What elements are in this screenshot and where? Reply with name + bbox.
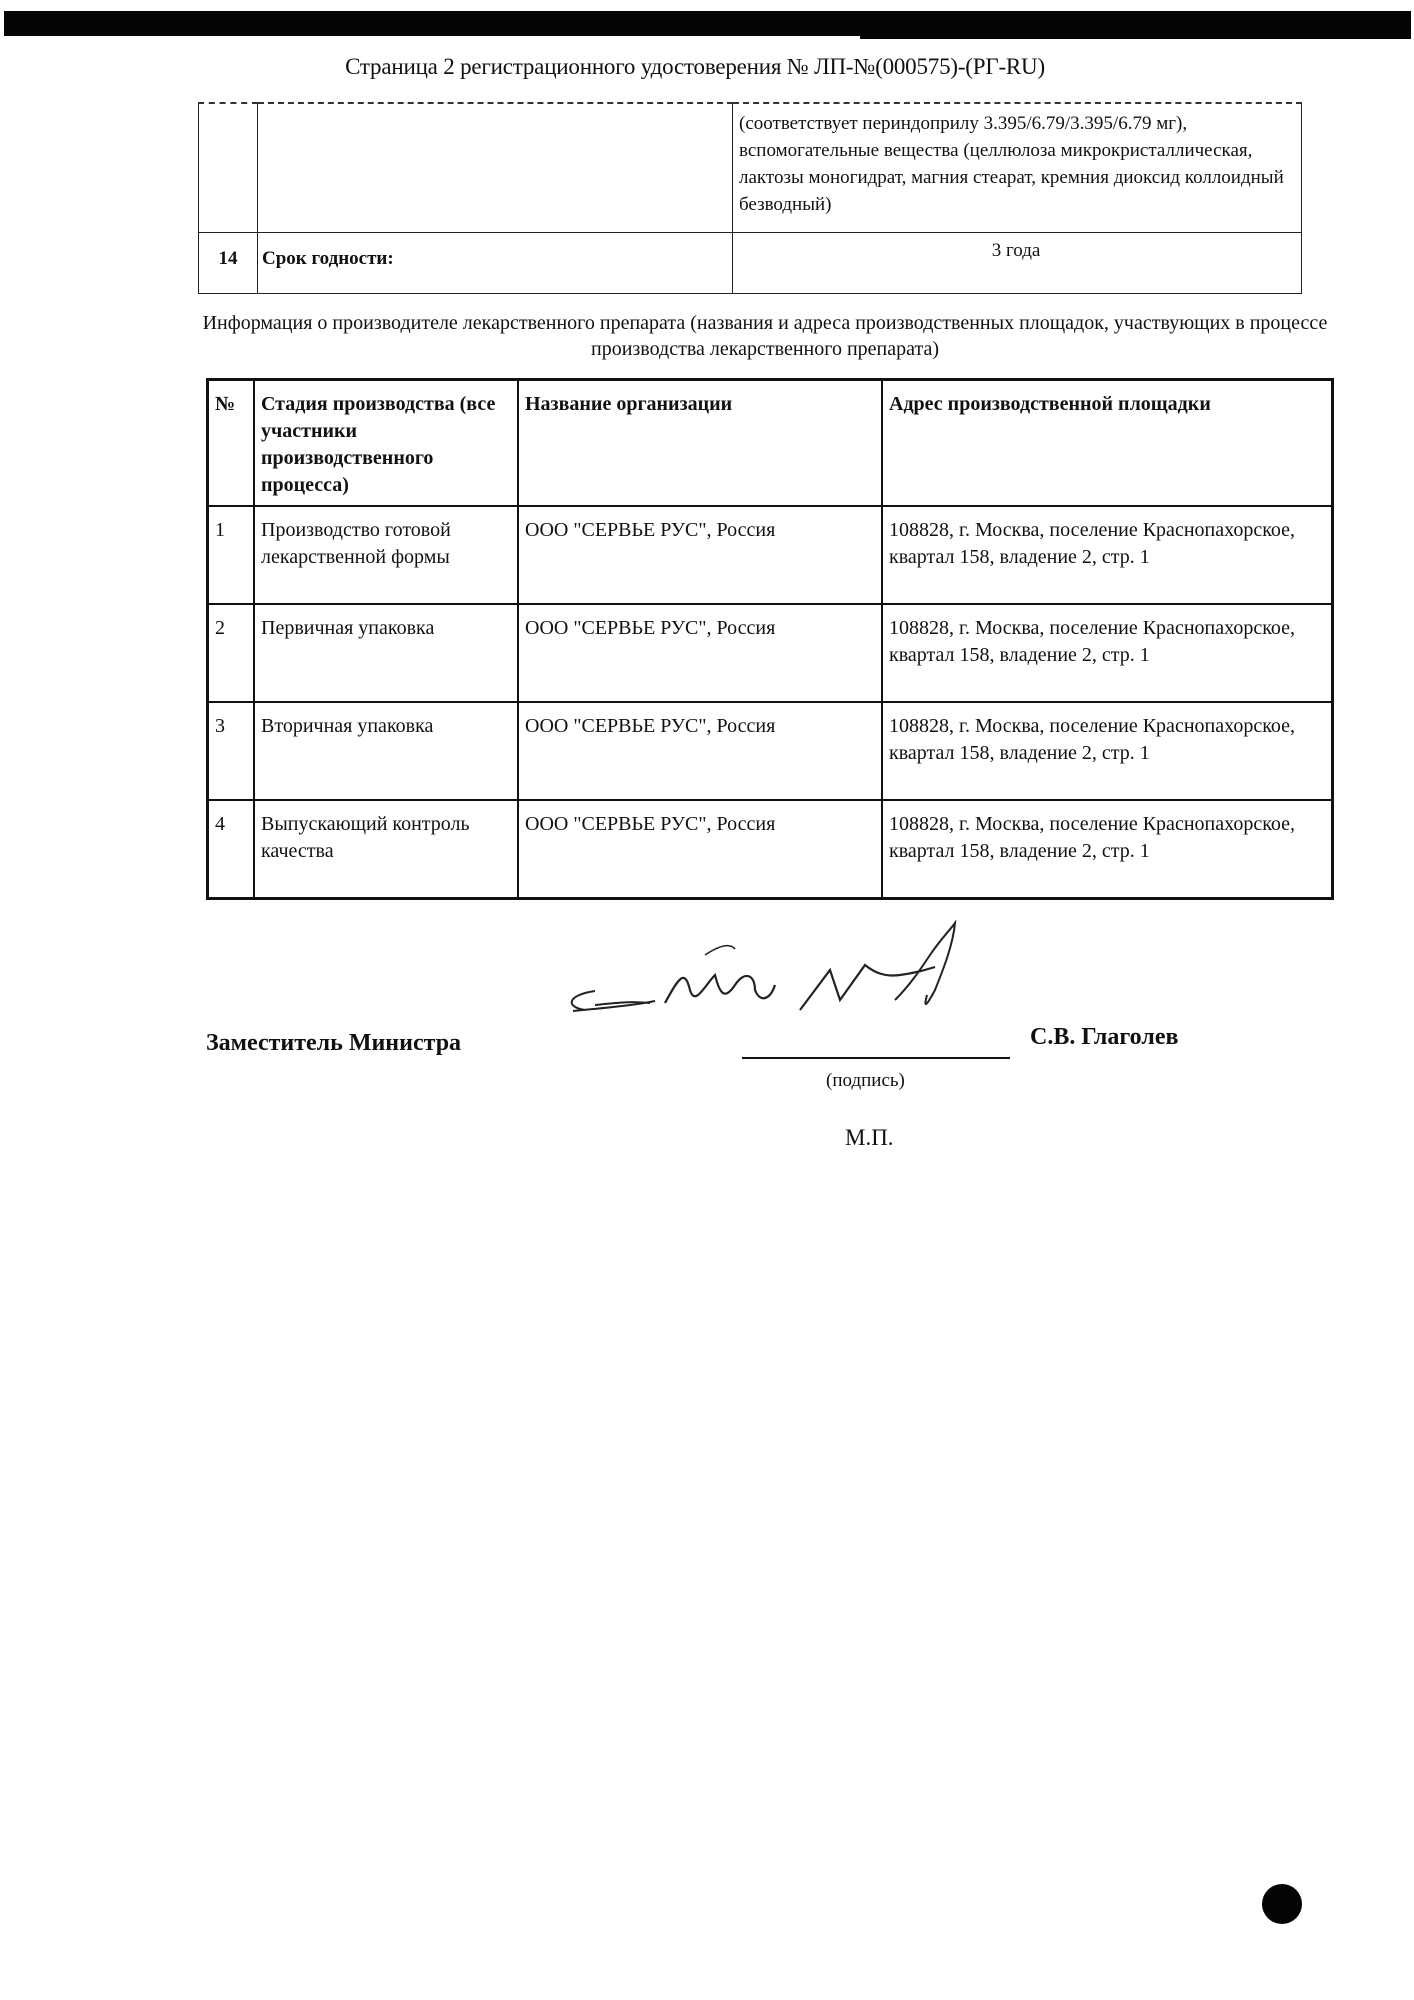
production-stage: Первичная упаковка xyxy=(254,604,518,702)
page-header-text: Страница 2 регистрационного удостоверени… xyxy=(345,54,1045,80)
stamp-label: М.П. xyxy=(845,1125,894,1151)
signature-caption: (подпись) xyxy=(826,1070,905,1092)
column-header-stage: Стадия производства (все участники произ… xyxy=(254,380,518,507)
handwritten-signature xyxy=(555,915,1115,1035)
table-row: 14 Срок годности: 3 года xyxy=(199,233,1302,294)
shelf-life-label: Срок годности: xyxy=(258,233,733,294)
scan-top-border xyxy=(4,11,1411,36)
column-header-number: № xyxy=(208,380,255,507)
organization-name: ООО "СЕРВЬЕ РУС", Россия xyxy=(518,800,882,899)
scan-punch-hole-mark xyxy=(1262,1884,1302,1924)
row-number: 4 xyxy=(208,800,255,899)
page-header: Страница 2 регистрационного удостоверени… xyxy=(0,54,1414,80)
organization-name: ООО "СЕРВЬЕ РУС", Россия xyxy=(518,702,882,800)
production-stage: Выпускающий контроль качества xyxy=(254,800,518,899)
composition-text: (соответствует периндоприлу 3.395/6.79/3… xyxy=(733,103,1302,233)
production-stage: Вторичная упаковка xyxy=(254,702,518,800)
table-header-row: № Стадия производства (все участники про… xyxy=(208,380,1333,507)
organization-name: ООО "СЕРВЬЕ РУС", Россия xyxy=(518,506,882,604)
scan-top-border-step xyxy=(860,36,1411,39)
production-stage: Производство готовой лекарственной формы xyxy=(254,506,518,604)
organization-name: ООО "СЕРВЬЕ РУС", Россия xyxy=(518,604,882,702)
manufacturer-table: № Стадия производства (все участники про… xyxy=(206,378,1334,900)
signatory-role: Заместитель Министра xyxy=(206,1030,461,1057)
site-address: 108828, г. Москва, поселение Краснопахор… xyxy=(882,800,1333,899)
table-row: 2 Первичная упаковка ООО "СЕРВЬЕ РУС", Р… xyxy=(208,604,1333,702)
table-row: (соответствует периндоприлу 3.395/6.79/3… xyxy=(199,103,1302,233)
table-row: 3 Вторичная упаковка ООО "СЕРВЬЕ РУС", Р… xyxy=(208,702,1333,800)
site-address: 108828, г. Москва, поселение Краснопахор… xyxy=(882,506,1333,604)
table-row: 4 Выпускающий контроль качества ООО "СЕР… xyxy=(208,800,1333,899)
row-number: 3 xyxy=(208,702,255,800)
signatory-name: С.В. Глаголев xyxy=(1030,1024,1178,1051)
column-header-address: Адрес производственной площадки xyxy=(882,380,1333,507)
row-number: 2 xyxy=(208,604,255,702)
row-number: 1 xyxy=(208,506,255,604)
row-number-cell xyxy=(199,103,258,233)
column-header-organization: Название организации xyxy=(518,380,882,507)
manufacturer-section-title: Информация о производителе лекарственног… xyxy=(200,310,1330,362)
site-address: 108828, г. Москва, поселение Краснопахор… xyxy=(882,702,1333,800)
signature-line xyxy=(742,1057,1010,1059)
site-address: 108828, г. Москва, поселение Краснопахор… xyxy=(882,604,1333,702)
shelf-life-number: 14 xyxy=(199,233,258,294)
table-row: 1 Производство готовой лекарственной фор… xyxy=(208,506,1333,604)
composition-continuation-table: (соответствует периндоприлу 3.395/6.79/3… xyxy=(198,102,1302,294)
row-label-cell xyxy=(258,103,733,233)
shelf-life-value: 3 года xyxy=(733,233,1302,294)
